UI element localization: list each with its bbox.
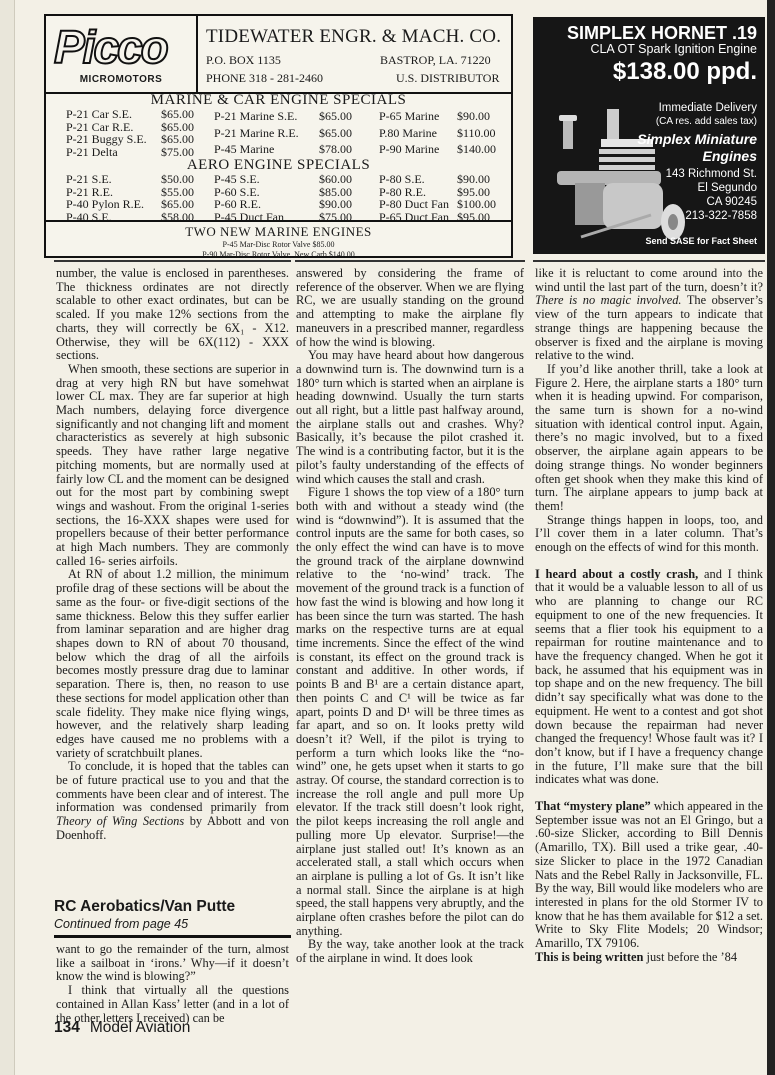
phone: 213-322-7858 bbox=[685, 210, 757, 222]
company-name-2: Engines bbox=[703, 148, 757, 164]
price-row: P-90 Marine$140.00 bbox=[379, 141, 496, 158]
company-name-1: Simplex Miniature bbox=[637, 131, 757, 147]
simplex-title: SIMPLEX HORNET .19 bbox=[567, 23, 757, 44]
department-title: RC Aerobatics/Van Putte bbox=[54, 898, 291, 916]
address-line-3: CA 90245 bbox=[706, 196, 757, 208]
simplex-subtitle: CLA OT Spark Ignition Engine bbox=[590, 42, 757, 56]
picco-header: Picco MICROMOTORS TIDEWATER ENGR. & MACH… bbox=[46, 16, 511, 94]
marine-list-col-2: P-21 Marine S.E.$65.00 P-21 Marine R.E.$… bbox=[214, 108, 352, 158]
address-line-2: El Segundo bbox=[698, 182, 757, 194]
lead-in: I heard about a costly crash, bbox=[535, 567, 698, 581]
paragraph: Figure 1 shows the top view of a 180° tu… bbox=[296, 486, 524, 938]
paragraph: answered by considering the frame of ref… bbox=[296, 267, 524, 349]
address-line-1: 143 Richmond St. bbox=[666, 168, 757, 180]
distributor-role: U.S. DISTRIBUTOR bbox=[396, 71, 499, 86]
divider bbox=[533, 260, 765, 262]
new-engine-line: P-90 Mar-Disc Rotor Valve, New Carb $140… bbox=[46, 250, 511, 260]
price-row: P-80 Duct Fan$100.00 bbox=[379, 198, 496, 211]
paragraph: want to go the remainder of the turn, al… bbox=[56, 943, 289, 984]
paragraph: number, the value is enclosed in parenth… bbox=[56, 267, 289, 363]
paragraph: You may have heard about how dangerous a… bbox=[296, 349, 524, 486]
price-row: P-21 Buggy S.E.$65.00 bbox=[66, 133, 194, 146]
page-edge bbox=[767, 0, 775, 1075]
aero-section-title: AERO ENGINE SPECIALS bbox=[46, 157, 511, 174]
simplex-price: $138.00 ppd. bbox=[613, 58, 757, 86]
marine-list-col-3: P-65 Marine$90.00 P.80 Marine$110.00 P-9… bbox=[379, 108, 496, 158]
price-row: P-80 S.E.$90.00 bbox=[379, 173, 496, 186]
new-engines-box: TWO NEW MARINE ENGINES P-45 Mar-Disc Rot… bbox=[46, 220, 511, 258]
aero-list-col-3: P-80 S.E.$90.00 P-80 R.E.$95.00 P-80 Duc… bbox=[379, 173, 496, 223]
aero-list-col-1: P-21 S.E.$50.00 P-21 R.E.$55.00 P-40 Pyl… bbox=[66, 173, 194, 223]
emphasis: There is no magic involved. bbox=[535, 293, 682, 307]
article-column-1: number, the value is enclosed in parenth… bbox=[56, 267, 289, 843]
paragraph: I heard about a costly crash, and I thin… bbox=[535, 568, 763, 787]
delivery-note: Immediate Delivery bbox=[659, 102, 757, 114]
magazine-name: Model Aviation bbox=[90, 1019, 191, 1036]
paragraph: If you’d like another thrill, take a loo… bbox=[535, 363, 763, 514]
price-row: P-21 Marine R.E.$65.00 bbox=[214, 125, 352, 142]
company-name: TIDEWATER ENGR. & MACH. CO. bbox=[206, 26, 501, 48]
page-gutter bbox=[0, 0, 15, 1075]
book-title: Theory of Wing Sections bbox=[56, 814, 184, 828]
price-row: P-60 R.E.$90.00 bbox=[214, 198, 352, 211]
department-heading: RC Aerobatics/Van Putte Continued from p… bbox=[54, 898, 291, 931]
price-row: P-21 S.E.$50.00 bbox=[66, 173, 194, 186]
price-row: P-45 S.E.$60.00 bbox=[214, 173, 352, 186]
paragraph: To conclude, it is hoped that the tables… bbox=[56, 760, 289, 842]
new-engine-line: P-45 Mar-Disc Rotor Valve $85.00 bbox=[46, 240, 511, 250]
paragraph: This is being written just before the ’8… bbox=[535, 951, 763, 965]
price-row: P.80 Marine$110.00 bbox=[379, 125, 496, 142]
paragraph: Strange things happen in loops, too, and… bbox=[535, 514, 763, 555]
marine-list-col-1: P-21 Car S.E.$65.00 P-21 Car R.E.$65.00 … bbox=[66, 108, 194, 158]
paragraph: At RN of about 1.2 million, the minimum … bbox=[56, 568, 289, 760]
article-column-1-cont: want to go the remainder of the turn, al… bbox=[56, 943, 289, 1025]
paragraph: When smooth, these sections are superior… bbox=[56, 363, 289, 569]
price-row: P-65 Marine$90.00 bbox=[379, 108, 496, 125]
page-footer: 134Model Aviation bbox=[54, 1019, 190, 1037]
continued-note: Continued from page 45 bbox=[54, 917, 291, 931]
page-number: 134 bbox=[54, 1019, 80, 1036]
paragraph: like it is reluctant to come around into… bbox=[535, 267, 763, 363]
tax-note: (CA res. add sales tax) bbox=[656, 116, 757, 127]
lead-in: This is being written bbox=[535, 950, 643, 964]
price-row: P-45 Marine$78.00 bbox=[214, 141, 352, 158]
picco-advertisement: Picco MICROMOTORS TIDEWATER ENGR. & MACH… bbox=[44, 14, 513, 258]
article-column-3: like it is reluctant to come around into… bbox=[535, 267, 763, 964]
paragraph: By the way, take another look at the tra… bbox=[296, 938, 524, 965]
lead-in: That “mystery plane” bbox=[535, 799, 651, 813]
city: BASTROP, LA. 71220 bbox=[380, 53, 491, 68]
paragraph: That “mystery plane” which appeared in t… bbox=[535, 800, 763, 951]
picco-logo-word: Picco bbox=[54, 20, 167, 74]
fact-sheet-note: Send SASE for Fact Sheet bbox=[645, 236, 757, 246]
price-row: P-21 Car S.E.$65.00 bbox=[66, 108, 194, 121]
phone: PHONE 318 - 281-2460 bbox=[206, 71, 323, 86]
article-column-2: answered by considering the frame of ref… bbox=[296, 267, 524, 966]
aero-list-col-2: P-45 S.E.$60.00 P-60 S.E.$85.00 P-60 R.E… bbox=[214, 173, 352, 223]
divider bbox=[295, 260, 525, 262]
price-row: P-40 Pylon R.E.$65.00 bbox=[66, 198, 194, 211]
po-box: P.O. BOX 1135 bbox=[206, 53, 281, 68]
picco-logo-sub: MICROMOTORS bbox=[46, 74, 196, 85]
picco-logo: Picco MICROMOTORS bbox=[46, 16, 198, 92]
divider bbox=[54, 260, 291, 262]
divider bbox=[54, 935, 291, 938]
price-row: P-21 Marine S.E.$65.00 bbox=[214, 108, 352, 125]
new-engines-title: TWO NEW MARINE ENGINES bbox=[46, 224, 511, 240]
simplex-advertisement: SIMPLEX HORNET .19 CLA OT Spark Ignition… bbox=[533, 17, 765, 254]
